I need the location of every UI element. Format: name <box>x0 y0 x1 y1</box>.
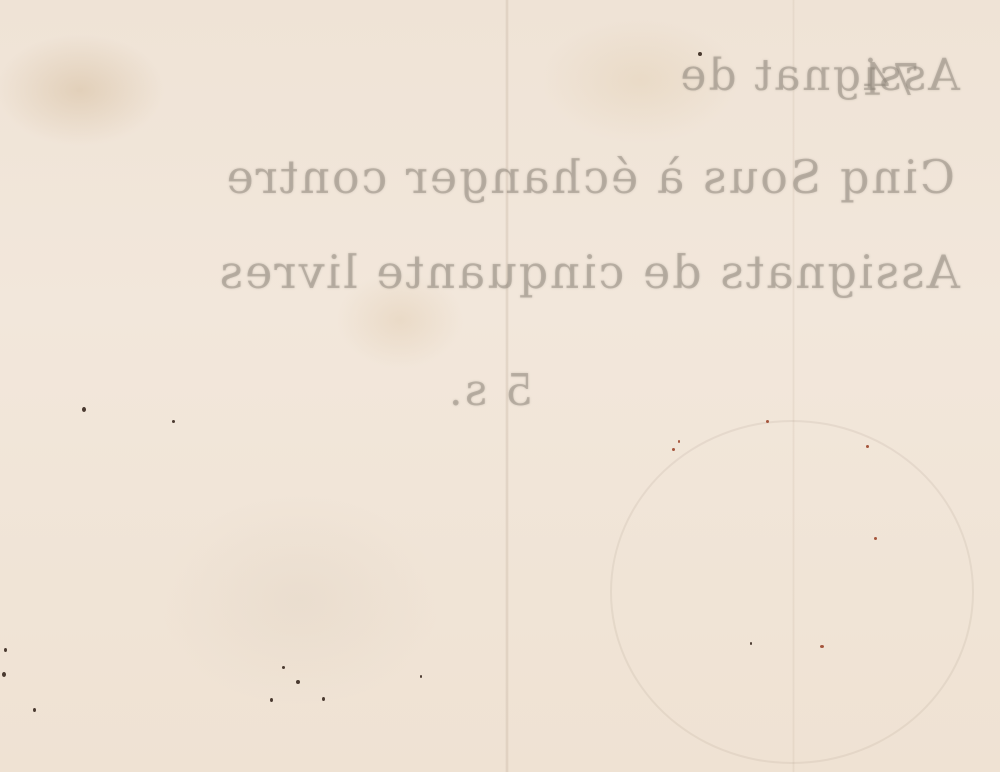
foxing-speck <box>420 675 422 678</box>
foxing-speck <box>33 708 36 712</box>
foxing-speck <box>866 445 869 448</box>
bleed-through-line-3: Assignats de cinquante livres <box>55 245 960 299</box>
foxing-speck <box>874 537 877 540</box>
foxing-speck <box>820 645 824 648</box>
foxing-speck <box>296 680 300 684</box>
bleed-through-denomination: 5 s. <box>390 365 590 416</box>
foxing-speck <box>678 440 680 443</box>
foxing-speck <box>270 698 273 702</box>
foxing-speck <box>4 648 7 652</box>
foxing-speck <box>698 52 702 56</box>
faint-embossed-seal <box>610 420 974 764</box>
paper-note-reverse: 74 Assignat de Cinq Sous à échanger cont… <box>0 0 1000 772</box>
foxing-speck <box>282 666 285 669</box>
foxing-speck <box>172 420 175 423</box>
bleed-through-line-1: Assignat de <box>60 50 960 101</box>
foxing-speck <box>766 420 769 423</box>
foxing-speck <box>750 642 752 645</box>
foxing-speck <box>2 672 6 677</box>
foxing-speck <box>322 697 325 701</box>
foxing-speck <box>82 407 86 412</box>
bleed-through-line-2: Cinq Sous à échanger contre <box>55 150 955 204</box>
foxing-speck <box>672 448 675 451</box>
